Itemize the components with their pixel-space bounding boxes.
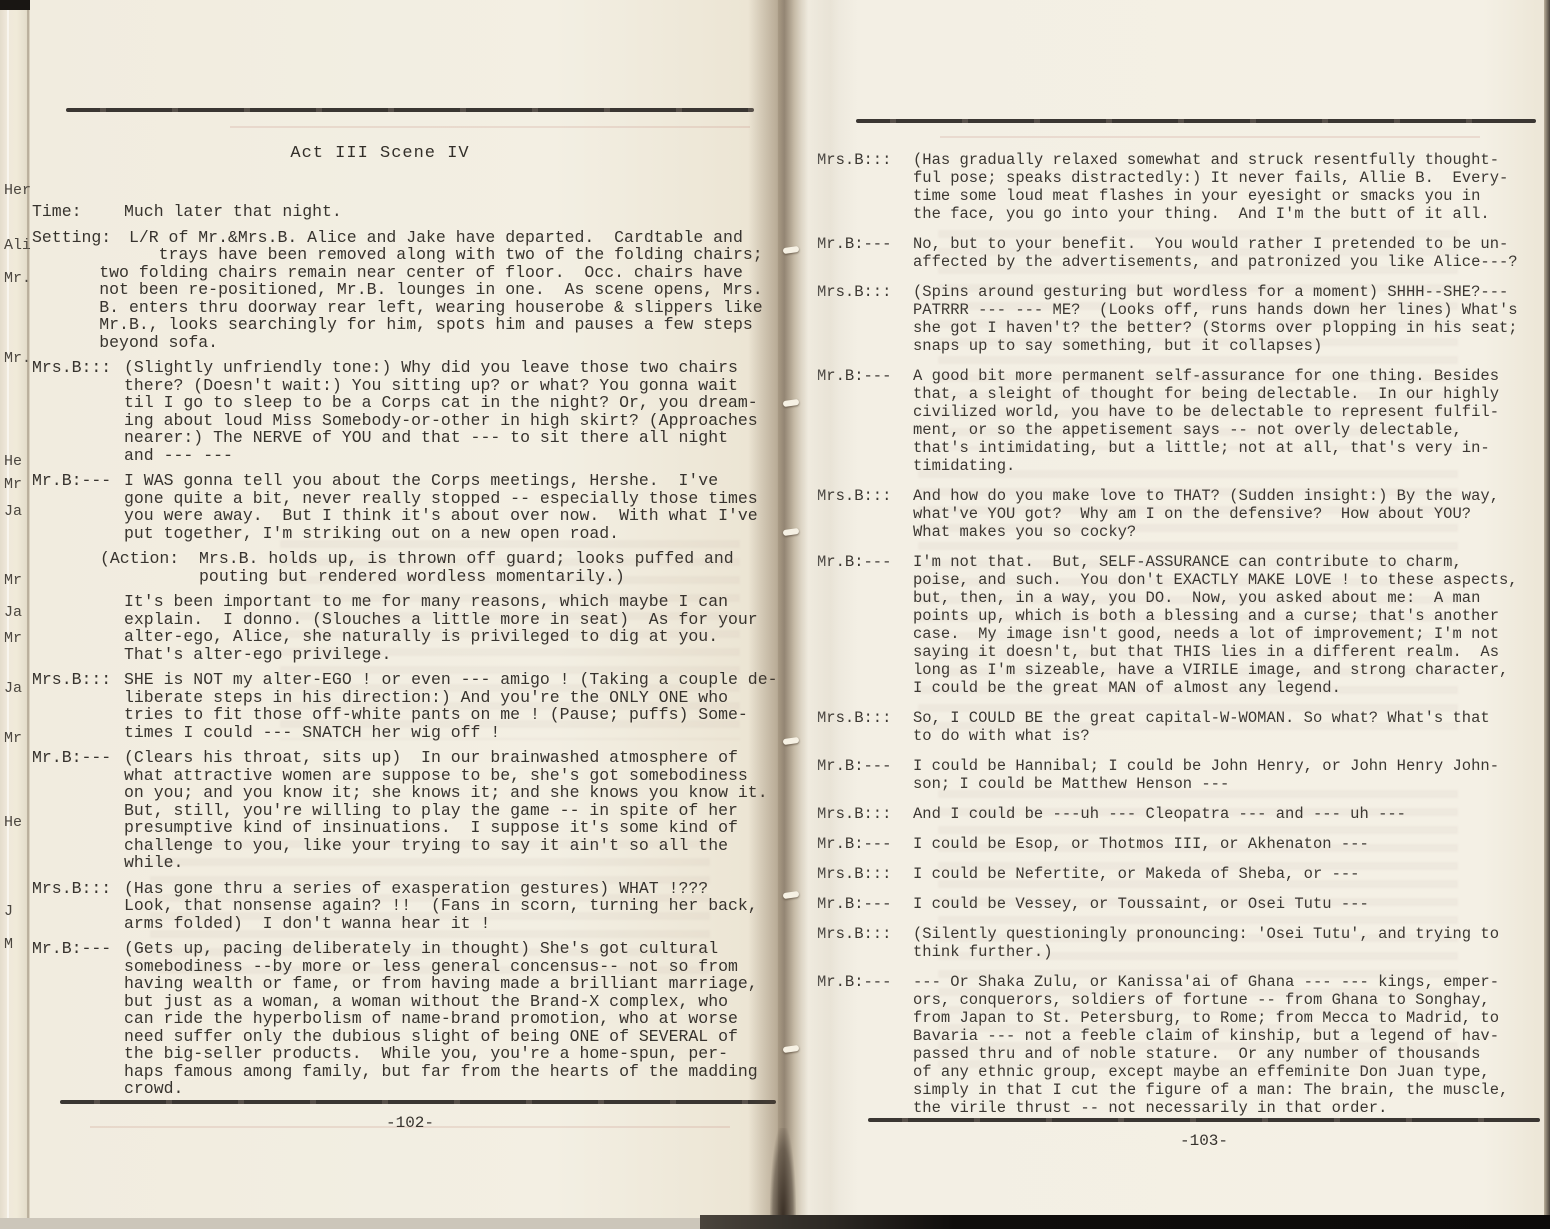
script-block: Mr.B:--- I'm not that. But, SELF-ASSURAN… <box>817 553 1542 697</box>
speaker-label: Mr.B:--- <box>32 749 124 872</box>
table-surface-dark <box>700 1215 1550 1229</box>
photo-corner-shadow <box>0 0 30 10</box>
bottom-rule-right <box>868 1118 1540 1122</box>
speaker-label: Mrs.B::: <box>817 487 913 541</box>
dialogue-text: I could be Esop, or Thotmos III, or Akhe… <box>913 835 1542 853</box>
speaker-label: Mr.B:--- <box>32 472 124 542</box>
edge-fragment: Mr <box>4 476 22 493</box>
script-block: Mr.B:--- I could be Hannibal; I could be… <box>817 757 1542 793</box>
dialogue-text: (Silently questioningly pronouncing: 'Os… <box>913 925 1542 961</box>
speaker-label: Mr.B:--- <box>817 757 913 793</box>
script-block: Time: Much later that night. <box>32 203 746 221</box>
dialogue-text: I could be Vessey, or Toussaint, or Osei… <box>913 895 1542 913</box>
edge-fragment: Mr <box>4 730 22 747</box>
script-block: Mr.B:--- --- Or Shaka Zulu, or Kanissa'a… <box>817 973 1542 1117</box>
script-block: Mrs.B::: I could be Nefertite, or Makeda… <box>817 865 1542 883</box>
action-note: (Action: Mrs.B. holds up, is thrown off … <box>100 550 746 585</box>
dialogue-text: I WAS gonna tell you about the Corps mee… <box>124 472 758 542</box>
edge-fragment: Her <box>4 182 30 199</box>
script-block: Mrs.B::: And I could be ---uh --- Cleopa… <box>817 805 1542 823</box>
edge-fragment: Mr. <box>4 350 30 367</box>
script-right: Mrs.B::: (Has gradually relaxed somewhat… <box>817 151 1542 1129</box>
edge-fragment: Ja <box>4 680 22 697</box>
script-block: Mr.B:--- (Clears his throat, sits up) In… <box>32 749 746 872</box>
dialogue-text: (Has gradually relaxed somewhat and stru… <box>913 151 1542 223</box>
script-left: Time: Much later that night. Setting: L/… <box>32 203 746 1106</box>
page-number-left: -102- <box>60 1114 760 1132</box>
speaker-label: Mr.B:--- <box>817 973 913 1117</box>
edge-fragment: Ja <box>4 604 22 621</box>
dialogue-text: I could be Nefertite, or Makeda of Sheba… <box>913 865 1542 883</box>
script-block: Mrs.B::: (Has gradually relaxed somewhat… <box>817 151 1542 223</box>
dialogue-text: I'm not that. But, SELF-ASSURANCE can co… <box>913 553 1542 697</box>
dialogue-text: And I could be ---uh --- Cleopatra --- a… <box>913 805 1542 823</box>
previous-pages-edge: Her Ali Mr. Mr. He Mr Ja Mr Ja Mr Ja Mr … <box>0 0 30 1218</box>
page-edge-shadow <box>1544 0 1550 1218</box>
speaker-label: Mr.B:--- <box>817 553 913 697</box>
speaker-label: Mrs.B::: <box>817 283 913 355</box>
top-rule-left <box>66 108 754 112</box>
stage-setting-text: L/R of Mr.&Mrs.B. Alice and Jake have de… <box>99 229 762 352</box>
dialogue-text: And how do you make love to THAT? (Sudde… <box>913 487 1542 541</box>
script-block: Mrs.B::: So, I COULD BE the great capita… <box>817 709 1542 745</box>
speaker-label: Mrs.B::: <box>817 151 913 223</box>
script-block: (Action: Mrs.B. holds up, is thrown off … <box>32 550 746 585</box>
script-block: Mr.B:--- I could be Esop, or Thotmos III… <box>817 835 1542 853</box>
dialogue-text: SHE is NOT my alter-EGO ! or even --- am… <box>124 671 778 741</box>
ghost-rule <box>230 126 750 128</box>
edge-fragment: M <box>4 936 13 953</box>
script-block: Mrs.B::: SHE is NOT my alter-EGO ! or ev… <box>32 671 746 741</box>
script-block: Mrs.B::: And how do you make love to THA… <box>817 487 1542 541</box>
top-rule-right <box>856 119 1536 123</box>
edge-fragment: Mr <box>4 630 22 647</box>
speaker-label: Mr.B:--- <box>817 235 913 271</box>
dialogue-text: (Has gone thru a series of exasperation … <box>124 880 758 933</box>
script-block: Mrs.B::: (Spins around gesturing but wor… <box>817 283 1542 355</box>
speaker-label: Time: <box>32 203 124 221</box>
script-block: Setting: L/R of Mr.&Mrs.B. Alice and Jak… <box>32 229 746 352</box>
script-block: Mr.B:--- A good bit more permanent self-… <box>817 367 1542 475</box>
speaker-label: Mrs.B::: <box>817 925 913 961</box>
speaker-label: Mrs.B::: <box>32 880 124 933</box>
edge-fragment: Mr <box>4 572 22 589</box>
edge-fragment: J <box>4 903 13 920</box>
speaker-label: Mr.B:--- <box>817 835 913 853</box>
script-block: Mr.B:--- No, but to your benefit. You wo… <box>817 235 1542 271</box>
speaker-label: Mrs.B::: <box>32 359 124 464</box>
speaker-label: Mr.B:--- <box>817 895 913 913</box>
script-block: Mr.B:--- (Gets up, pacing deliberately i… <box>32 940 746 1098</box>
dialogue-text: It's been important to me for many reaso… <box>124 593 758 663</box>
speaker-label: Mrs.B::: <box>817 865 913 883</box>
script-block: It's been important to me for many reaso… <box>32 593 746 663</box>
dialogue-text: Much later that night. <box>124 203 746 221</box>
dialogue-text: (Slightly unfriendly tone:) Why did you … <box>124 359 758 464</box>
dialogue-text: (Clears his throat, sits up) In our brai… <box>124 749 768 872</box>
ghost-rule <box>940 136 1480 138</box>
table-surface-light <box>0 1218 760 1229</box>
dialogue-text: (Spins around gesturing but wordless for… <box>913 283 1542 355</box>
dialogue-text: So, I COULD BE the great capital-W-WOMAN… <box>913 709 1542 745</box>
script-block: Mr.B:--- I could be Vessey, or Toussaint… <box>817 895 1542 913</box>
edge-fragment: He <box>4 814 22 831</box>
dialogue-text: No, but to your benefit. You would rathe… <box>913 235 1542 271</box>
speaker-label: Mrs.B::: <box>32 671 124 741</box>
scene-title: Act III Scene IV <box>60 144 700 163</box>
page-number-right: -103- <box>868 1132 1540 1150</box>
dialogue-text: --- Or Shaka Zulu, or Kanissa'ai of Ghan… <box>913 973 1542 1117</box>
edge-fragment: He <box>4 453 22 470</box>
script-block: Mrs.B::: (Slightly unfriendly tone:) Why… <box>32 359 746 464</box>
speaker-label: Mr.B:--- <box>32 940 124 1098</box>
dialogue-text: (Gets up, pacing deliberately in thought… <box>124 940 758 1098</box>
script-block: Mrs.B::: (Silently questioningly pronoun… <box>817 925 1542 961</box>
book-photo: Her Ali Mr. Mr. He Mr Ja Mr Ja Mr Ja Mr … <box>0 0 1550 1229</box>
edge-fragment: Ali <box>4 237 30 254</box>
dialogue-text: I could be Hannibal; I could be John Hen… <box>913 757 1542 793</box>
speaker-label <box>32 593 124 663</box>
bottom-rule-left <box>60 1100 776 1104</box>
speaker-label: Mr.B:--- <box>817 367 913 475</box>
script-block: Mr.B:--- I WAS gonna tell you about the … <box>32 472 746 542</box>
edge-fragment: Mr. <box>4 270 30 287</box>
edge-fragment: Ja <box>4 503 22 520</box>
speaker-label: Mrs.B::: <box>817 709 913 745</box>
dialogue-text: A good bit more permanent self-assurance… <box>913 367 1542 475</box>
speaker-label: Mrs.B::: <box>817 805 913 823</box>
spine-bottom-shadow <box>770 1128 796 1220</box>
script-block: Mrs.B::: (Has gone thru a series of exas… <box>32 880 746 933</box>
